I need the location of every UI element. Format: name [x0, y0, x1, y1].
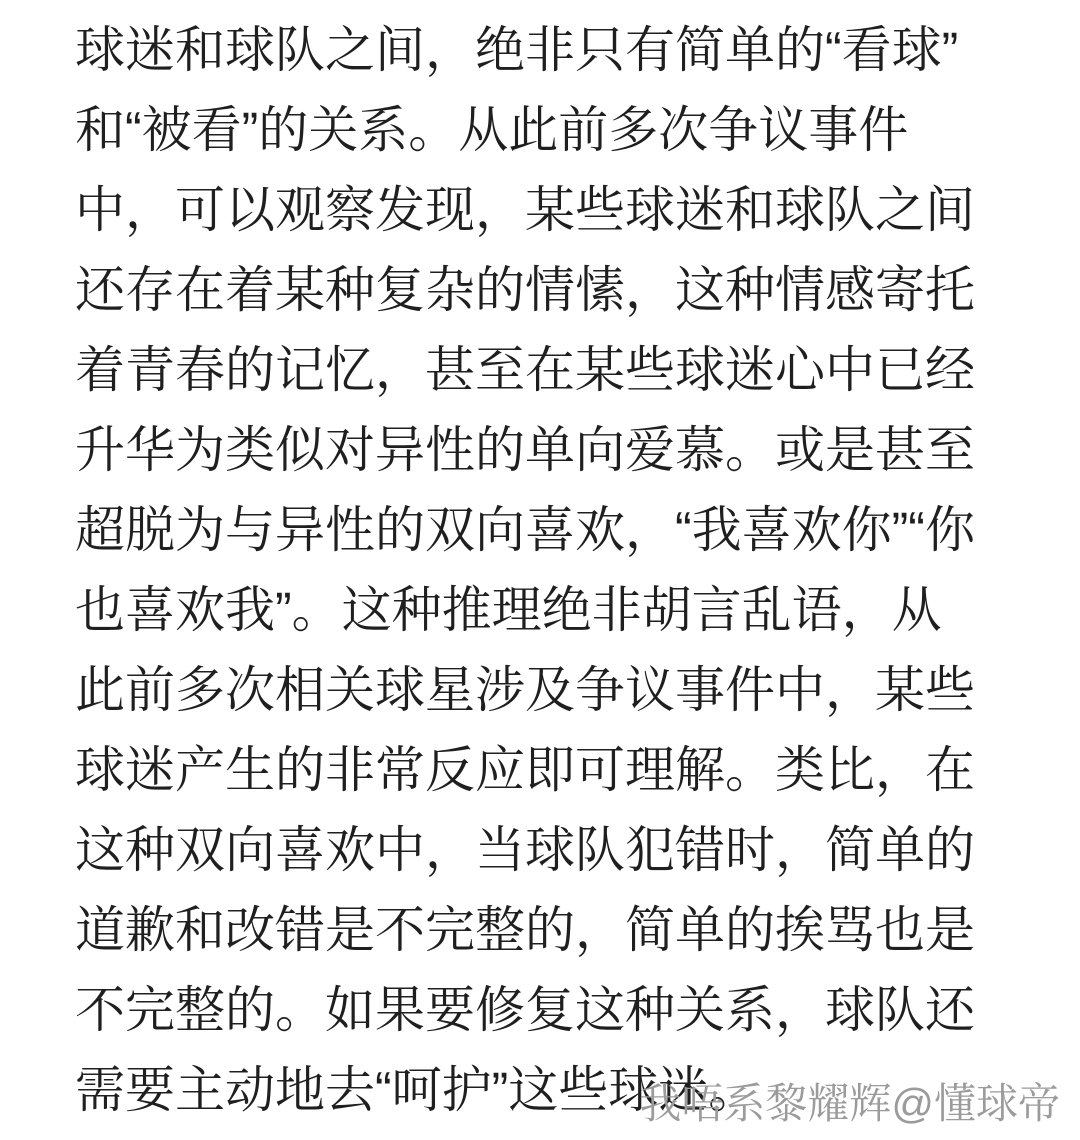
text-line: 此前多次相关球星涉及争议事件中，某些: [75, 650, 1045, 730]
text-line: 道歉和改错是不完整的，简单的挨骂也是: [75, 890, 1045, 970]
text-line: 升华为类似对异性的单向爱慕。或是甚至: [75, 410, 1045, 490]
article-text-block: 球迷和球队之间，绝非只有简单的“看球” 和“被看”的关系。从此前多次争议事件 中…: [75, 10, 1045, 1130]
text-line: 着青春的记忆，甚至在某些球迷心中已经: [75, 330, 1045, 410]
text-line: 还存在着某种复杂的情愫，这种情感寄托: [75, 250, 1045, 330]
text-line: 不完整的。如果要修复这种关系，球队还: [75, 970, 1045, 1050]
watermark: 我唔系黎耀辉@懂球帝: [639, 1080, 1060, 1128]
text-line: 球迷和球队之间，绝非只有简单的“看球”: [75, 10, 1045, 90]
text-line: 这种双向喜欢中，当球队犯错时，简单的: [75, 810, 1045, 890]
text-line: 中，可以观察发现，某些球迷和球队之间: [75, 170, 1045, 250]
text-line: 球迷产生的非常反应即可理解。类比，在: [75, 730, 1045, 810]
text-line: 超脱为与异性的双向喜欢，“我喜欢你”“你: [75, 490, 1045, 570]
text-line: 和“被看”的关系。从此前多次争议事件: [75, 90, 1045, 170]
text-line: 也喜欢我”。这种推理绝非胡言乱语，从: [75, 570, 1045, 650]
